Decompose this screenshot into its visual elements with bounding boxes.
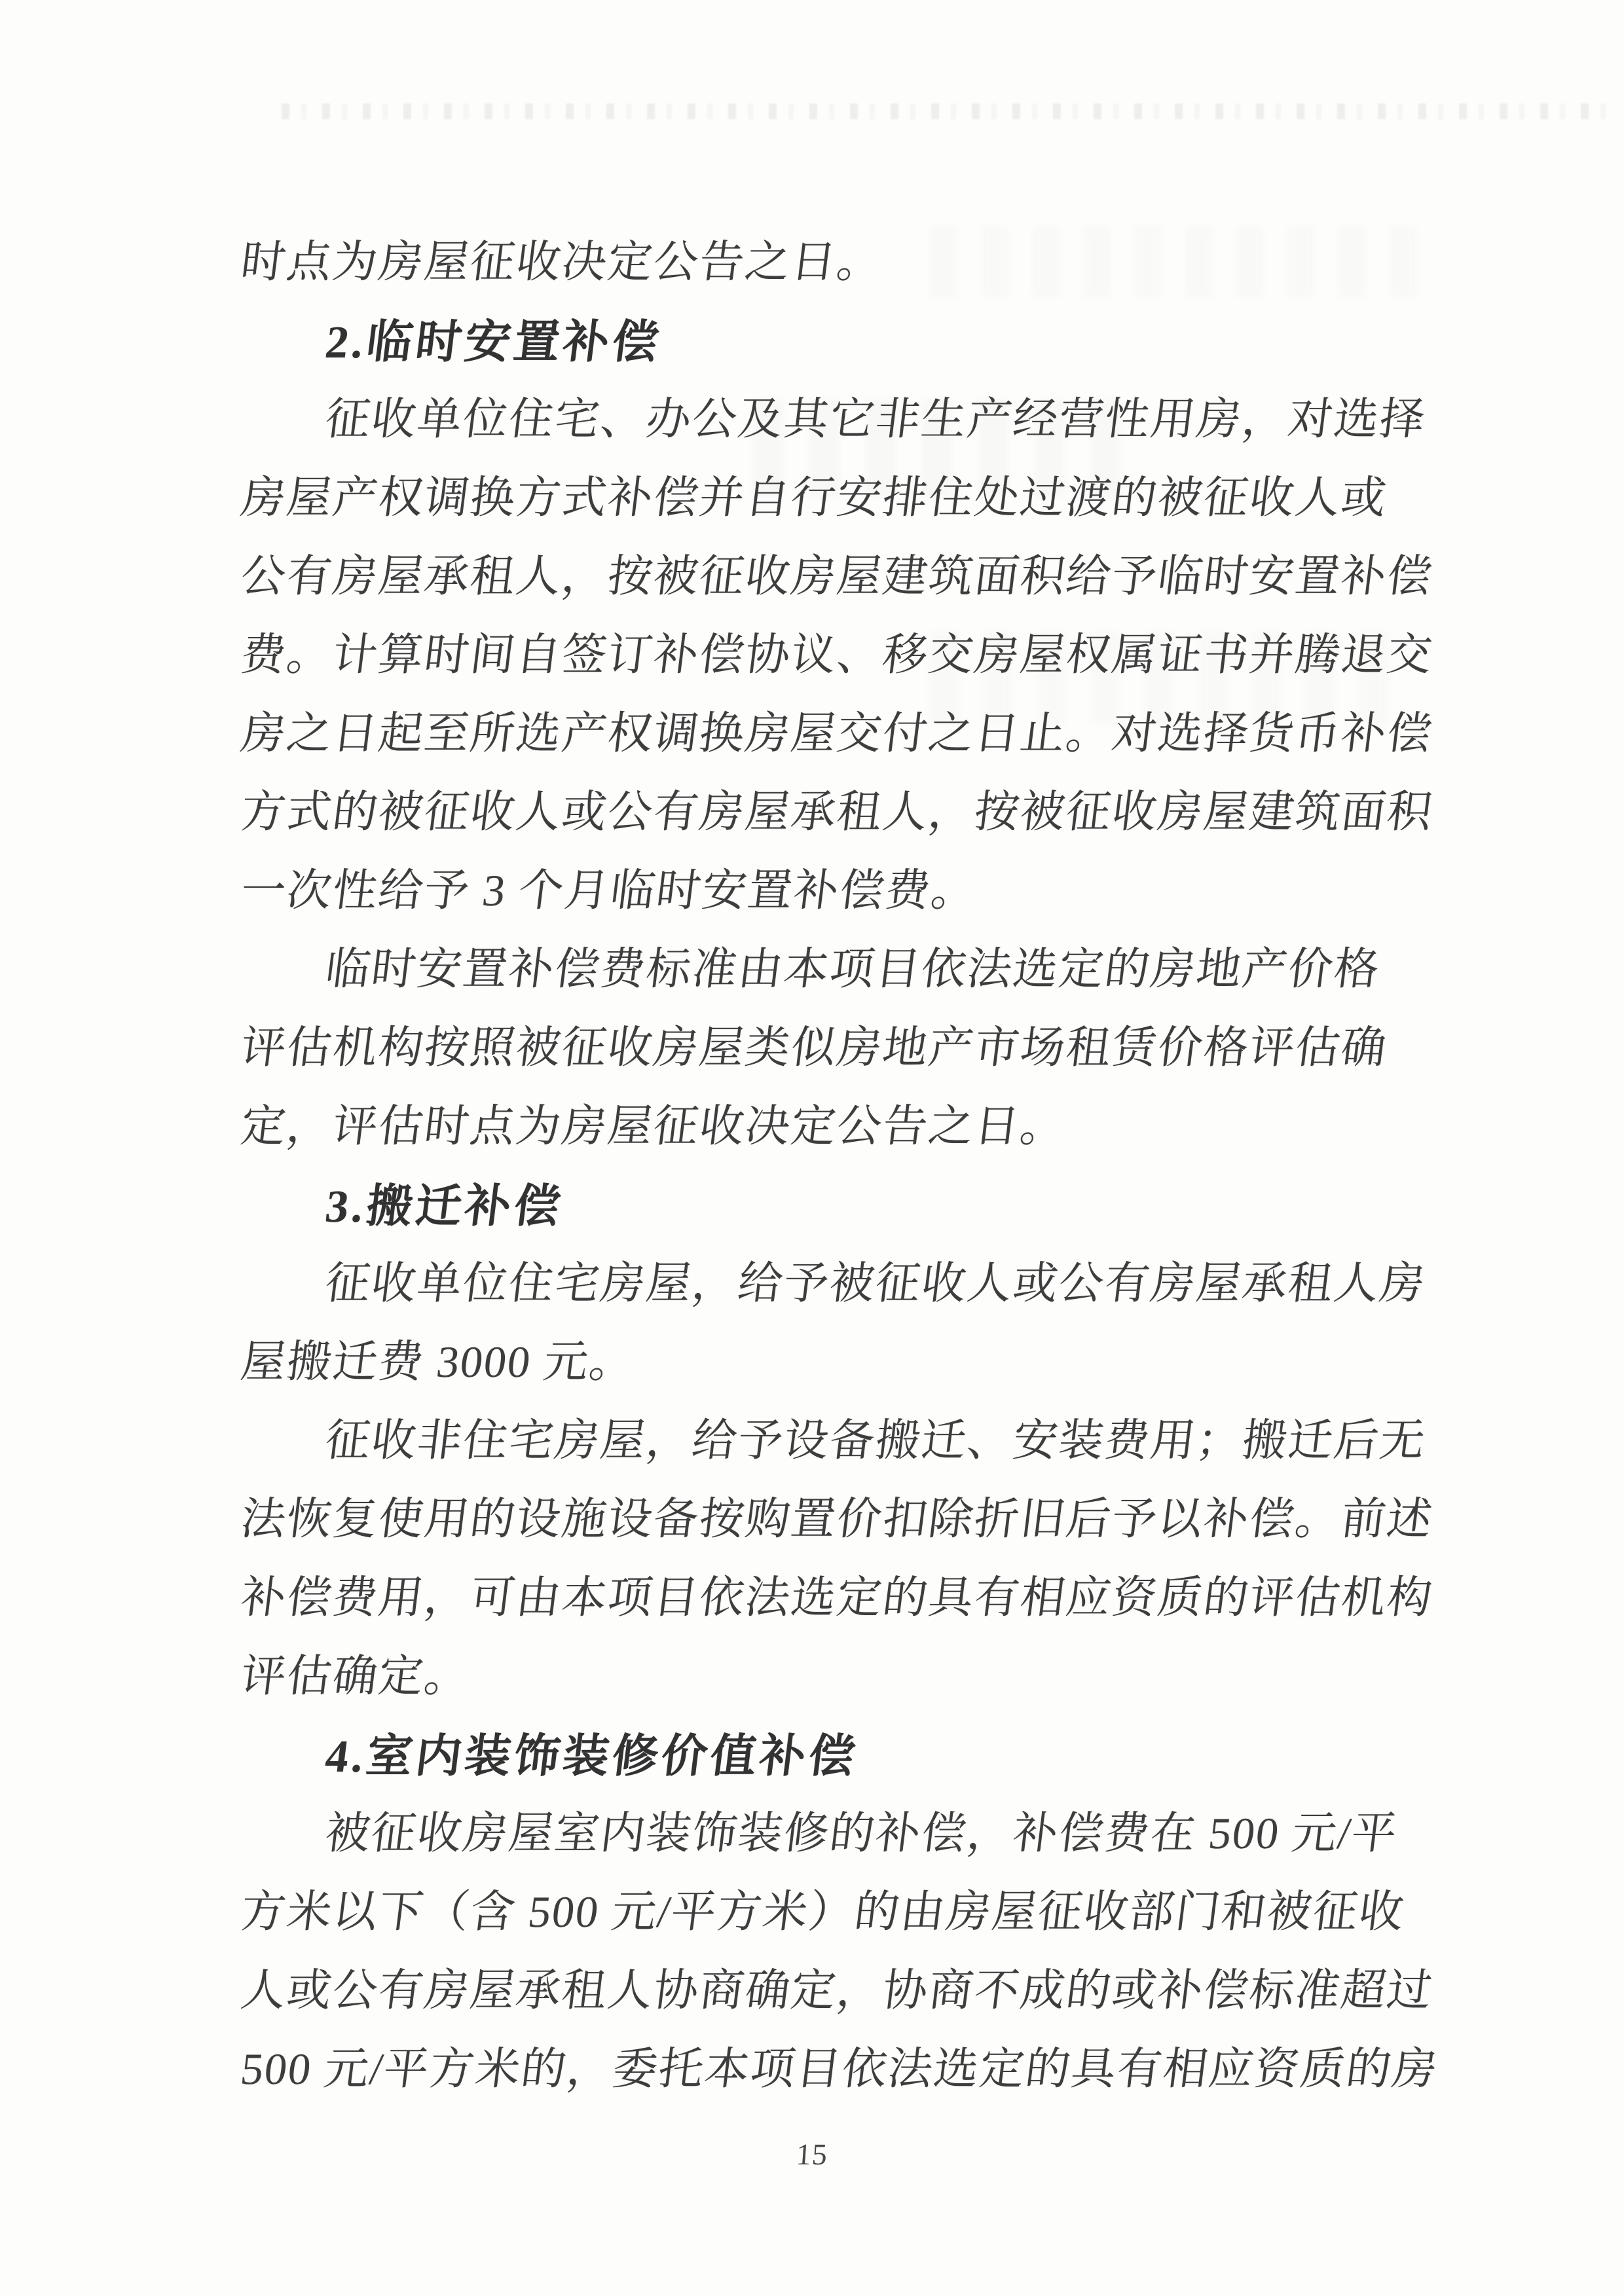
scan-bleedthrough-band — [282, 103, 1611, 119]
text-line: 人或公有房屋承租人协商确定，协商不成的或补偿标准超过 — [238, 1955, 1437, 2018]
text-line: 补偿费用，可由本项目依法选定的具有相应资质的评估机构 — [238, 1562, 1437, 1626]
text-line: 征收单位住宅房屋，给予被征收人或公有房屋承租人房 — [322, 1248, 1430, 1311]
text-line: 500 元/平方米的，委托本项目依法选定的具有相应资质的房 — [238, 2033, 1443, 2097]
section-heading-3: 3.搬迁补偿 — [322, 1169, 568, 1235]
text-line: 屋搬迁费 3000 元。 — [238, 1326, 640, 1390]
page-number: 15 — [0, 2137, 1624, 2172]
text-line: 房屋产权调换方式补偿并自行安排住处过渡的被征收人或 — [238, 462, 1392, 526]
section-heading-2: 2.临时安置补偿 — [322, 305, 666, 371]
scanned-document-page: 时点为房屋征收决定公告之日。 2.临时安置补偿 征收单位住宅、办公及其它非生产经… — [0, 0, 1624, 2296]
scan-bleedthrough-smudge — [930, 226, 1428, 298]
text-line: 征收非住宅房屋，给予设备搬迁、安装费用；搬迁后无 — [322, 1405, 1430, 1468]
text-line: 方米以下（含 500 元/平方米）的由房屋征收部门和被征收 — [238, 1876, 1409, 1940]
text-line: 评估确定。 — [238, 1641, 475, 1704]
text-line: 法恢复使用的设施设备按购置价扣除折旧后予以补偿。前述 — [238, 1484, 1437, 1547]
text-line: 公有房屋承租人，按被征收房屋建筑面积给予临时安置补偿 — [238, 541, 1437, 604]
text-line: 方式的被征收人或公有房屋承租人，按被征收房屋建筑面积 — [238, 776, 1437, 840]
text-line: 临时安置补偿费标准由本项目依法选定的房地产价格 — [322, 934, 1384, 997]
text-line: 被征收房屋室内装饰装修的补偿，补偿费在 500 元/平 — [322, 1798, 1402, 1861]
text-line: 时点为房屋征收决定公告之日。 — [238, 227, 887, 290]
section-heading-4: 4.室内装饰装修价值补偿 — [322, 1719, 862, 1785]
text-line: 房之日起至所选产权调换房屋交付之日止。对选择货币补偿 — [238, 698, 1437, 761]
text-line: 一次性给予 3 个月临时安置补偿费。 — [238, 855, 982, 919]
text-line: 定，评估时点为房屋征收决定公告之日。 — [238, 1091, 1071, 1154]
text-line: 费。计算时间自签订补偿协议、移交房屋权属证书并腾退交 — [238, 619, 1437, 683]
text-line: 评估机构按照被征收房屋类似房地产市场租赁价格评估确 — [238, 1012, 1392, 1076]
text-line: 征收单位住宅、办公及其它非生产经营性用房，对选择 — [322, 384, 1430, 447]
